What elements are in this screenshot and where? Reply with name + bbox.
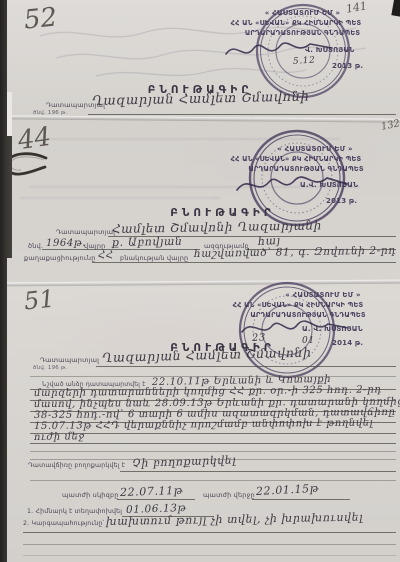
page3-appeal-label: Դատավճիռը բողոքարկվել է: [28, 462, 125, 469]
page3-rule: [120, 471, 396, 472]
page2-rule: [92, 262, 396, 263]
scanned-document: 52 141 « ՀԱՍՏԱՏՈՒՄ ԵՄ » ՀՀ ԱՆ «ՍԵՎԱՆ» ՔԿ…: [0, 0, 400, 562]
page3-rule: [117, 499, 195, 500]
page2-born-year-handwritten: 1964թ.: [46, 238, 86, 249]
page3-stamp-year: 2014 թ.: [332, 339, 392, 347]
page3-inmate-sublabel: ծնվ. 196 թ.: [33, 365, 67, 371]
page3-term-start-value-handwritten: 22.07.11թ: [120, 484, 184, 499]
page3-rule: [23, 532, 396, 533]
page3-item2-label: 2. Կարգապահությունը՝: [23, 520, 104, 527]
page3-rule: [96, 366, 396, 367]
page3-inmate-label: Դատապարտյալ: [40, 356, 99, 364]
page3-rule: [252, 499, 350, 500]
page2-rule: [42, 249, 200, 250]
paper-edge-sliver: [7, 92, 12, 136]
page3-item1-label: 1. Հիմնարկ է տեղափոխվել: [27, 508, 122, 515]
page3-term-start-label: պատժի սկիզբը: [62, 491, 119, 499]
page3-rule: [23, 544, 396, 545]
page3-rule: [23, 555, 396, 556]
page3-rule: [30, 480, 396, 481]
page3-term-end-label: պատժի վերջը: [203, 491, 255, 499]
page3-rule: [30, 451, 396, 452]
scanner-edge-corner: [391, 0, 400, 17]
page2-residence-label: բնակության վայրը: [120, 254, 188, 262]
page2-title: ԲՆՈՒԹԱԳԻՐ: [150, 207, 295, 219]
page3-signature: [238, 316, 353, 340]
page2-inmate-label: Դատապարտյալ: [56, 228, 115, 236]
page2-born-label: ծնվ.: [28, 242, 43, 250]
scanner-edge-left: [0, 0, 7, 562]
page2-citizenship-label: քաղաքացիությունը: [24, 254, 96, 262]
page2-signature: [233, 172, 351, 196]
page2-ghost-row: [20, 197, 220, 199]
page2-citizenship-value-handwritten: ՀՀ: [98, 250, 114, 261]
page3-conviction-line: ուժի մեջ: [34, 431, 85, 443]
page1-signature: [222, 38, 337, 62]
page1-rule: [88, 114, 396, 115]
page2-place-value-handwritten: ք. Աբովյան: [112, 235, 183, 249]
page3-rule: [30, 443, 396, 444]
page3-pencil-number: 51: [23, 284, 56, 315]
